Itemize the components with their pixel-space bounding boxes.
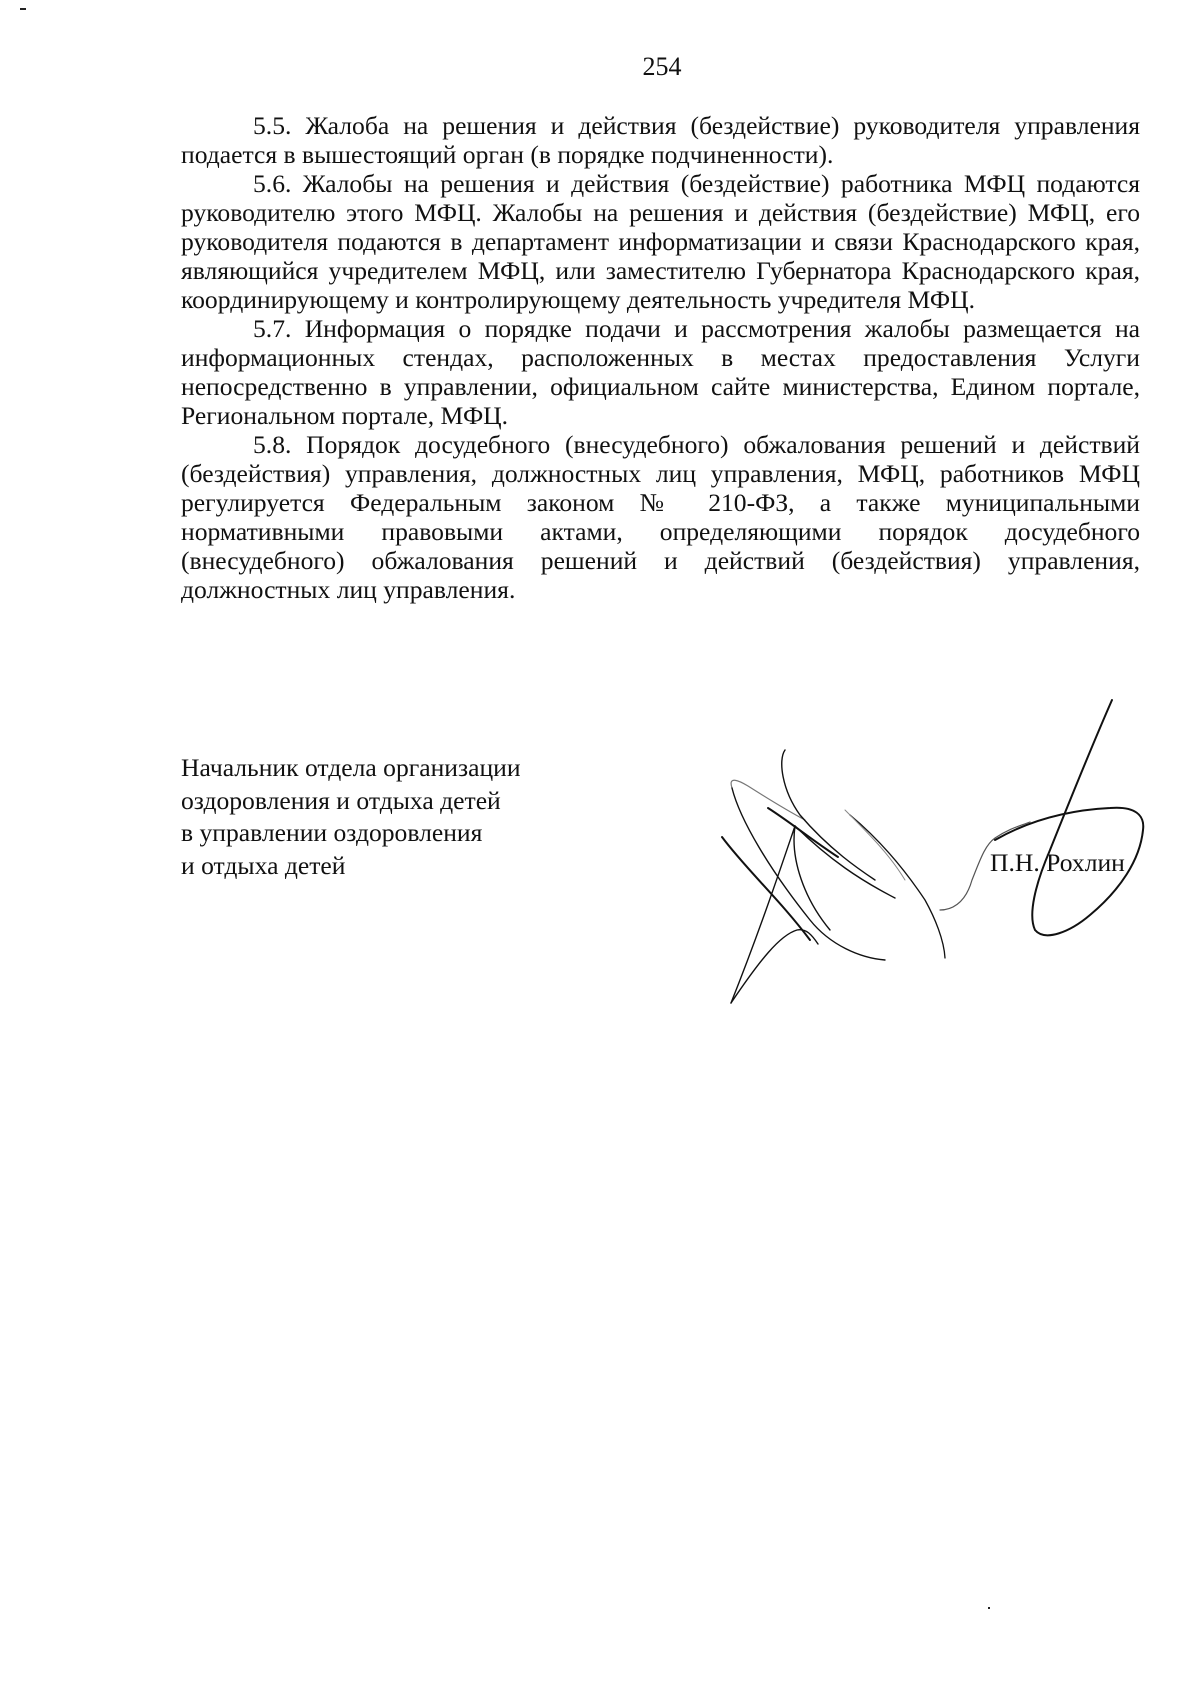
paragraph-5-5: 5.5. Жалоба на решения и действия (безде… [181, 111, 1140, 169]
paragraph-5-6: 5.6. Жалобы на решения и действия (безде… [181, 169, 1140, 314]
signatory-title: Начальник отдела организации оздоровлени… [181, 752, 521, 883]
scan-artifact [20, 8, 26, 10]
page-number: 254 [0, 52, 1200, 82]
paragraph-5-7: 5.7. Информация о порядке подачи и рассм… [181, 314, 1140, 430]
paragraph-5-8: 5.8. Порядок досудебного (внесудебного) … [181, 430, 1140, 604]
signatory-title-line: и отдыха детей [181, 850, 521, 883]
document-body: 5.5. Жалоба на решения и действия (безде… [181, 111, 1140, 604]
signatory-title-line: оздоровления и отдыха детей [181, 785, 521, 818]
signatory-title-line: в управлении оздоровления [181, 817, 521, 850]
signatory-name: П.Н. Рохлин [990, 848, 1125, 878]
scan-artifact [988, 1607, 990, 1609]
signatory-title-line: Начальник отдела организации [181, 752, 521, 785]
